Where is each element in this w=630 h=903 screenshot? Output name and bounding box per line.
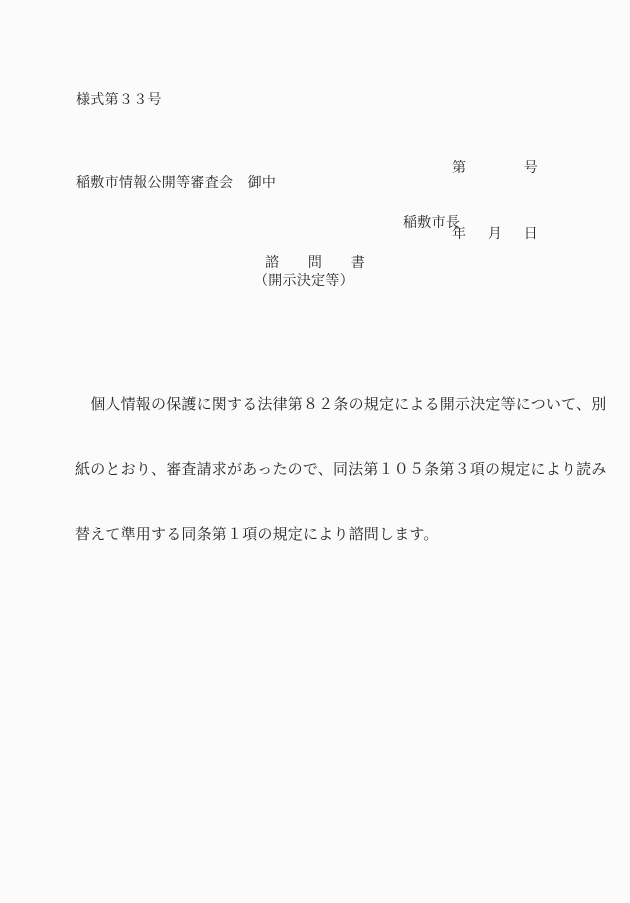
document-page: 様式第３３号 第 号 年 月 日 稲敷市情報公開等審査会 御中 稲敷市長 諮 問…: [0, 0, 630, 903]
document-subtitle: （開示決定等）: [0, 271, 619, 293]
doc-number-suffix: 号: [524, 158, 538, 180]
doc-number-line: 第 号: [452, 158, 538, 180]
addressee: 稲敷市情報公開等審査会 御中: [76, 173, 276, 195]
body-paragraph: 個人情報の保護に関する法律第８２条の規定による開示決定等について、別 紙のとおり…: [75, 351, 567, 591]
date-month-label: 月: [488, 224, 502, 246]
body-line-2: 紙のとおり、審査請求があったので、同法第１０５条第３項の規定により読み: [75, 460, 567, 482]
doc-number-prefix: 第: [452, 158, 466, 180]
date-day-label: 日: [524, 224, 538, 246]
sender: 稲敷市長: [403, 213, 460, 235]
date-line: 年 月 日: [452, 224, 538, 246]
body-line-3: 替えて準用する同条第１項の規定により諮問します。: [75, 525, 567, 547]
body-line-1: 個人情報の保護に関する法律第８２条の規定による開示決定等について、別: [75, 395, 567, 417]
form-number: 様式第３３号: [76, 90, 162, 112]
